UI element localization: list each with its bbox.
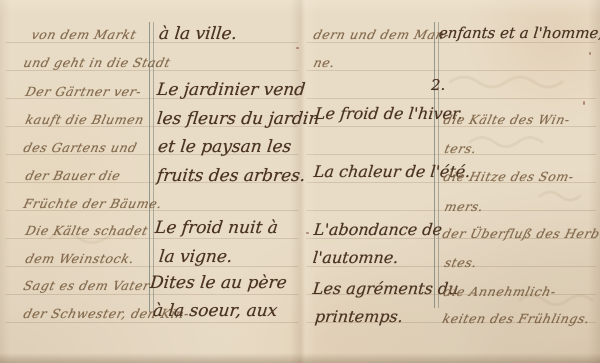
notebook-page-spread: von dem Markt und geht in die Stadt Der … bbox=[0, 0, 600, 363]
german-line: kauft die Blumen bbox=[24, 112, 146, 127]
german-line: Früchte der Bäume. bbox=[22, 196, 164, 211]
ink-speck bbox=[589, 52, 591, 55]
german-line: Der Gärtner ver- bbox=[24, 84, 143, 99]
german-line: dem Weinstock. bbox=[24, 251, 136, 266]
french-line: la vigne. bbox=[158, 247, 233, 267]
german-line: der Bauer die bbox=[24, 168, 122, 183]
french-line: enfants et a l'homme, bbox=[438, 24, 600, 42]
german-line: ters. bbox=[443, 141, 479, 156]
section-number: 2. bbox=[431, 76, 445, 94]
german-line: und geht in die Stadt bbox=[22, 55, 172, 70]
french-line: Le froid de l'hiver. bbox=[314, 104, 464, 123]
german-line: ne. bbox=[312, 55, 337, 70]
french-line: Dites le au père bbox=[149, 273, 288, 293]
german-line: die Kälte des Win- bbox=[442, 112, 572, 127]
ink-speck bbox=[583, 101, 585, 105]
german-line: die Hitze des Som- bbox=[442, 169, 576, 184]
german-line: von dem Markt bbox=[30, 27, 138, 42]
french-line: Le froid nuit à bbox=[154, 218, 279, 238]
french-line: L'abondance de bbox=[313, 220, 443, 239]
german-line: Sagt es dem Vater bbox=[22, 278, 152, 293]
german-line: des Gartens und bbox=[22, 140, 139, 155]
french-line: à la soeur, aux bbox=[152, 301, 278, 321]
french-line: l'automne. bbox=[312, 248, 399, 267]
german-line: dern und dem Man- bbox=[312, 27, 451, 42]
french-line: printemps. bbox=[314, 307, 404, 326]
french-line: Le jardinier vend bbox=[156, 80, 306, 100]
ink-speck bbox=[296, 47, 299, 49]
german-line: die Annehmlich- bbox=[442, 284, 558, 299]
ink-speck bbox=[306, 232, 309, 234]
french-line: fruits des arbres. bbox=[156, 166, 306, 186]
german-line: keiten des Frühlings. bbox=[441, 311, 592, 326]
french-line: Les agréments du bbox=[312, 279, 460, 298]
german-line: stes. bbox=[443, 255, 479, 270]
german-line: mers. bbox=[443, 199, 485, 214]
french-line: et le paysan les bbox=[157, 137, 292, 157]
german-line: der Überfluß des Herb- bbox=[441, 226, 600, 241]
french-line: à la ville. bbox=[158, 24, 238, 44]
german-line: Die Kälte schadet bbox=[24, 223, 150, 238]
french-line: les fleurs du jardin bbox=[156, 109, 320, 129]
